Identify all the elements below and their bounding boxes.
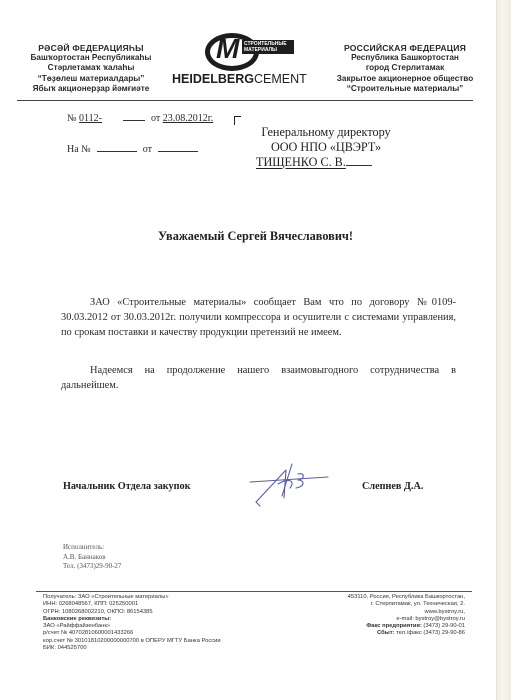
footer-recipient: Получатель: ЗАО «Строительные материалы» <box>43 594 221 601</box>
footer-fax: (3473) 29-90-01 <box>423 623 465 629</box>
logo-emblem-text-2: МАТЕРИАЛЫ <box>244 47 287 53</box>
footer-bank-label: Банковские реквизиты: <box>43 616 111 622</box>
brand-light: CEMENT <box>254 72 307 86</box>
header-left-block: РӘСӘЙ ФЕДЕРАЦИЯҺЫ Башҡортостан Республик… <box>22 43 160 94</box>
number-value: 0112- <box>79 113 102 124</box>
header-left-line: “Төҙөлеш материалдары” <box>22 74 160 84</box>
executor-phone: Тел. (3473)29-90-27 <box>63 562 121 572</box>
signer-name: Слепнев Д.А. <box>362 481 423 492</box>
reply-label: На № <box>67 144 91 155</box>
number-label: № <box>67 113 77 124</box>
logo-emblem-text: СТРОИТЕЛЬНЫЕ МАТЕРИАЛЫ <box>244 41 287 53</box>
executor-name: А.В. Баннаков <box>63 553 121 563</box>
company-logo: М СТРОИТЕЛЬНЫЕ МАТЕРИАЛЫ HEIDELBERGCEMEN… <box>172 30 328 90</box>
header-right-line: Закрытое акционерное общество <box>330 74 480 84</box>
addressee-corner-mark <box>234 116 241 125</box>
footer-bik: БИК: 044525700 <box>43 645 221 652</box>
footer-bank: ЗАО «Райффайзенбанк» <box>43 623 221 630</box>
executor-block: Исполнитель: А.В. Баннаков Тел. (3473)29… <box>63 543 121 572</box>
header-right-line: Республика Башкортостан <box>330 53 480 63</box>
reply-date-blank <box>158 142 198 152</box>
page-edge <box>496 0 511 700</box>
signer-position: Начальник Отдела закупок <box>63 481 190 492</box>
handwritten-signature <box>248 458 338 510</box>
footer-website[interactable]: www.bystroy.ru, <box>348 609 465 616</box>
footer-fax-label: Факс предприятия: <box>366 623 421 629</box>
footer-divider <box>36 591 472 592</box>
footer-address-1: 453110, Россия, Республика Башкортостан, <box>348 594 465 601</box>
addressee-name: ТИЩЕНКО С. В. <box>256 155 346 169</box>
footer-account: р/счет № 40702810600001433266 <box>43 630 221 637</box>
greeting: Уважаемый Сергей Вячеславович! <box>0 229 511 244</box>
date-label: от <box>151 113 160 124</box>
header-right-line: город Стерлитамак <box>330 63 480 73</box>
addressee-title: Генеральному директору <box>236 125 416 140</box>
header-right-line: РОССИЙСКАЯ ФЕДЕРАЦИЯ <box>330 43 480 53</box>
footer-sales: тел./факс (3473) 29-90-86 <box>396 630 465 636</box>
reply-date-label: от <box>143 144 152 155</box>
addressee-company: ООО НПО «ЦВЭРТ» <box>236 140 416 155</box>
footer-contacts: 453110, Россия, Республика Башкортостан,… <box>348 594 465 638</box>
footer-email[interactable]: e-mail: bystroy@bystroy.ru <box>348 616 465 623</box>
date-value: 23.08.2012г. <box>163 113 213 124</box>
footer-address-2: г. Стерлитамак, ул. Техническая, 2. <box>348 601 465 608</box>
footer-bank-details: Получатель: ЗАО «Строительные материалы»… <box>43 594 221 652</box>
header-divider <box>17 100 473 101</box>
addressee-underline-tail <box>346 155 372 166</box>
header-right-line: “Строительные материалы” <box>330 84 480 94</box>
header-left-line: Башҡортостан Республикаһы <box>22 53 160 63</box>
outgoing-reference: № 0112- от 23.08.2012г. <box>67 111 213 124</box>
logo-emblem-letter: М <box>216 35 238 63</box>
brand-wordmark: HEIDELBERGCEMENT <box>172 72 307 86</box>
reply-number-blank <box>97 142 137 152</box>
addressee-block: Генеральному директору ООО НПО «ЦВЭРТ» Т… <box>236 125 416 170</box>
header-right-block: РОССИЙСКАЯ ФЕДЕРАЦИЯ Республика Башкорто… <box>330 43 480 94</box>
incoming-reference: На № от <box>67 142 198 155</box>
executor-label: Исполнитель: <box>63 543 121 553</box>
brand-bold: HEIDELBERG <box>172 72 254 86</box>
body-paragraph-2: Надеемся на продолжение нашего взаимовыг… <box>61 363 456 393</box>
header-left-line: РӘСӘЙ ФЕДЕРАЦИЯҺЫ <box>22 43 160 53</box>
body-paragraph-1: ЗАО «Строительные материалы» сообщает Ва… <box>61 295 456 341</box>
number-blank <box>123 111 145 121</box>
footer-corr-account: кор.счет № 30101810200000000700 в ОПЕРУ … <box>43 638 221 645</box>
header-left-line: Ябыҡ акционерҙар йәмғиәте <box>22 84 160 94</box>
footer-inn: ИНН: 0268048567, КПП: 025250001 <box>43 601 221 608</box>
header-left-line: Стәрлетамаҡ ҡалаһы <box>22 63 160 73</box>
footer-sales-label: Сбыт: <box>377 630 394 636</box>
footer-ogrn: ОГРН: 1080268002210, ОКПО: 86154385 <box>43 609 221 616</box>
